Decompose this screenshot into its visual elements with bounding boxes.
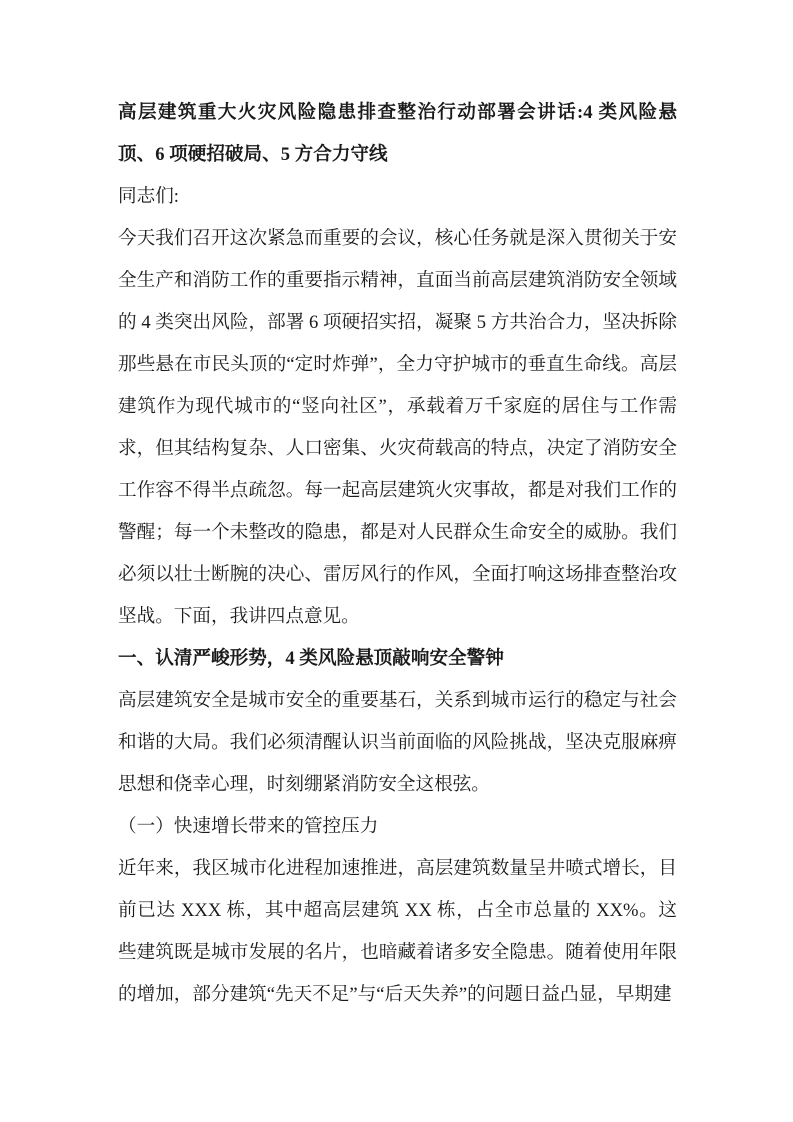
document-page: 高层建筑重大火灾风险隐患排查整治行动部署会讲话:4 类风险悬顶、6 项硬招破局、… [0, 0, 793, 1122]
salutation-line: 同志们: [118, 176, 677, 218]
section-1-heading: 一、认清严峻形势，4 类风险悬顶敲响安全警钟 [118, 638, 677, 680]
subsection-1-1-paragraph: 近年来，我区城市化进程加速推进，高层建筑数量呈井喷式增长，目前已达 XXX 栋，… [118, 848, 677, 1016]
document-title: 高层建筑重大火灾风险隐患排查整治行动部署会讲话:4 类风险悬顶、6 项硬招破局、… [118, 92, 677, 176]
section-1-paragraph: 高层建筑安全是城市安全的重要基石，关系到城市运行的稳定与社会和谐的大局。我们必须… [118, 680, 677, 806]
intro-paragraph: 今天我们召开这次紧急而重要的会议，核心任务就是深入贯彻关于安全生产和消防工作的重… [118, 218, 677, 638]
subsection-1-1-heading: （一）快速增长带来的管控压力 [118, 806, 677, 848]
